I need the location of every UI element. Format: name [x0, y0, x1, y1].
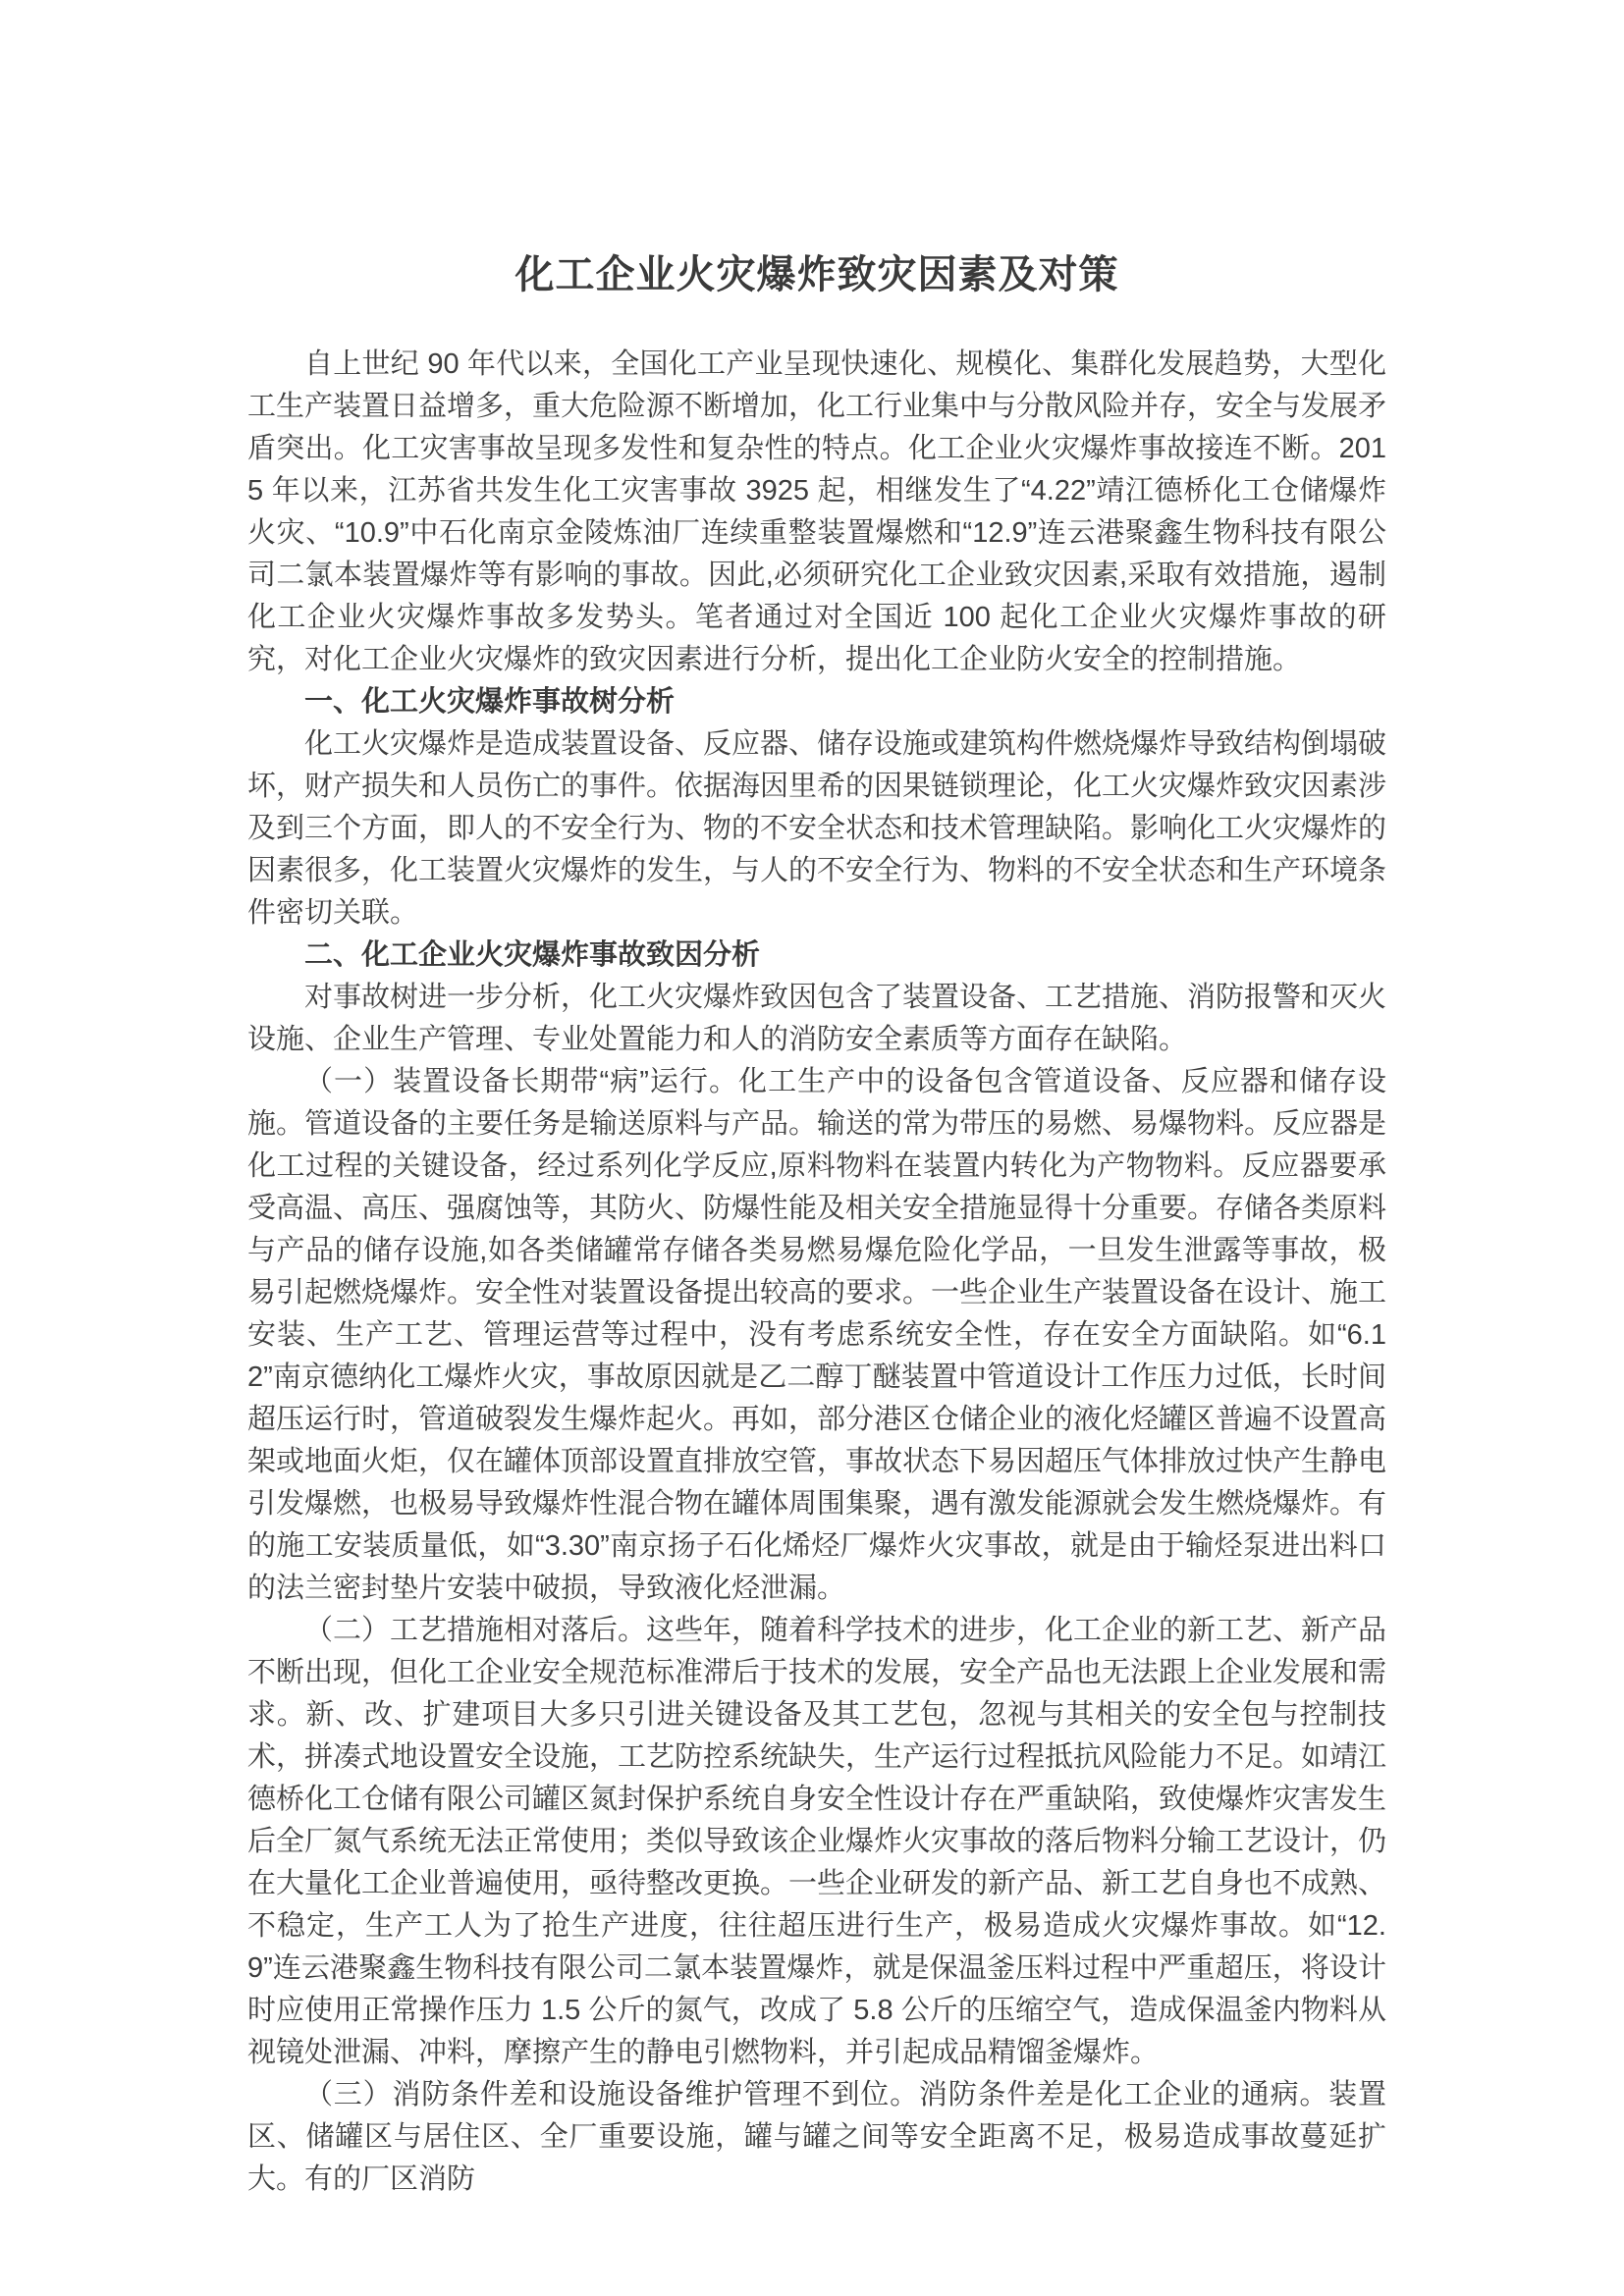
paragraph-cause-2-process: （二）工艺措施相对落后。这些年，随着科学技术的进步，化工企业的新工艺、新产品不断…	[247, 1610, 1386, 2074]
section-heading-2: 二、化工企业火灾爆炸事故致因分析	[247, 934, 1386, 977]
paragraph-fault-tree-analysis: 化工火灾爆炸是造成装置设备、反应器、储存设施或建筑构件燃烧爆炸导致结构倒塌破坏，…	[247, 723, 1386, 934]
paragraph-cause-3-fire-protection: （三）消防条件差和设施设备维护管理不到位。消防条件差是化工企业的通病。装置区、储…	[247, 2074, 1386, 2201]
paragraph-intro: 自上世纪 90 年代以来，全国化工产业呈现快速化、规模化、集群化发展趋势，大型化…	[247, 344, 1386, 681]
paragraph-cause-overview: 对事故树进一步分析，化工火灾爆炸致因包含了装置设备、工艺措施、消防报警和灭火设施…	[247, 977, 1386, 1061]
document-title: 化工企业火灾爆炸致灾因素及对策	[247, 245, 1386, 304]
document-page: 化工企业火灾爆炸致灾因素及对策 自上世纪 90 年代以来，全国化工产业呈现快速化…	[0, 0, 1624, 2296]
section-heading-1: 一、化工火灾爆炸事故树分析	[247, 681, 1386, 723]
paragraph-cause-1-equipment: （一）装置设备长期带“病”运行。化工生产中的设备包含管道设备、反应器和储存设施。…	[247, 1061, 1386, 1610]
